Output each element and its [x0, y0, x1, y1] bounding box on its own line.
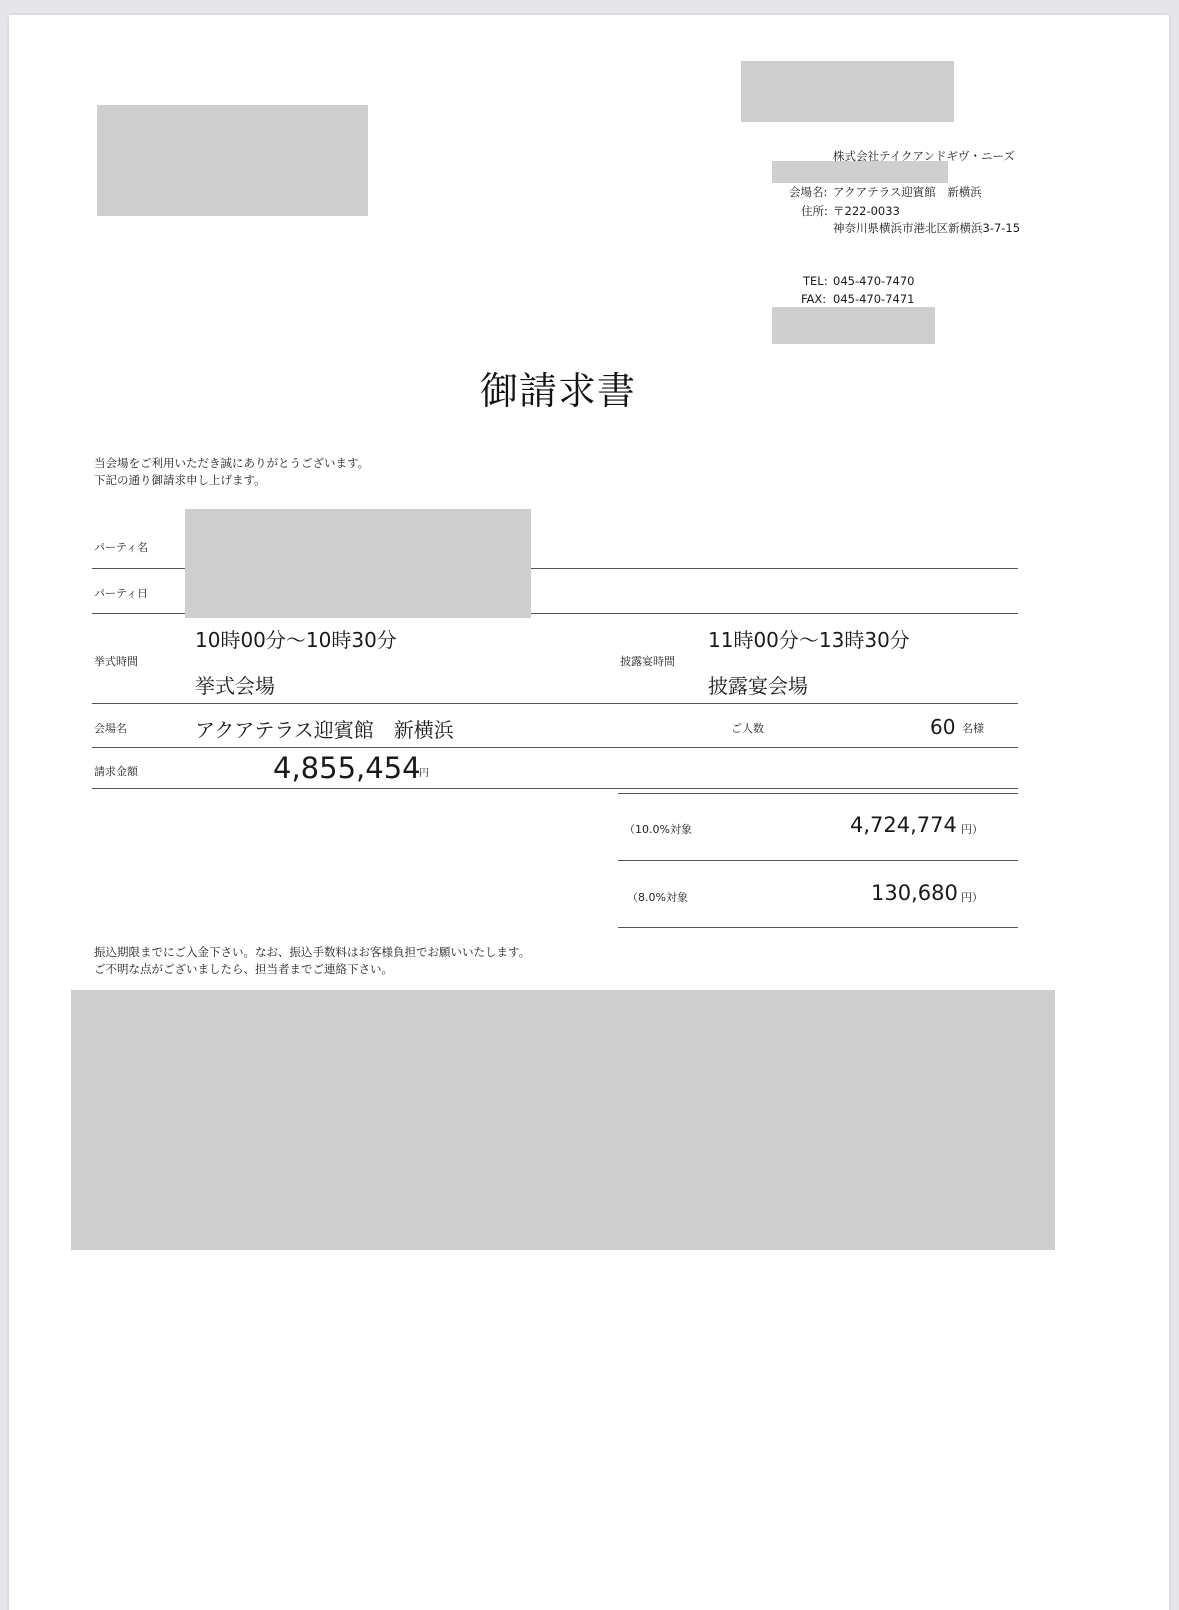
redacted-company-line [772, 161, 948, 183]
guests-unit: 名様 [962, 720, 984, 736]
ceremony-venue: 挙式会場 [195, 670, 275, 699]
redacted-bank-details [71, 990, 1055, 1250]
redacted-party-info [185, 509, 531, 618]
redacted-recipient [97, 105, 368, 216]
rule [92, 703, 1018, 704]
greeting-line-1: 当会場をご利用いただき誠にありがとうございます。 [94, 455, 369, 471]
amount-label: 請求金額 [94, 763, 138, 779]
issuer-fax-label: FAX: [801, 292, 826, 306]
issuer-fax: 045-470-7471 [833, 292, 914, 306]
issuer-tel: 045-470-7470 [833, 274, 914, 288]
tax-8-amount: 130,680 [871, 881, 958, 905]
issuer-venue: アクアテラス迎賓館 新横浜 [833, 184, 982, 200]
greeting-line-2: 下記の通り御請求申し上げます。 [94, 472, 266, 488]
note-line-2: ご不明な点がございましたら、担当者までご連絡下さい。 [94, 961, 393, 977]
reception-time: 11時00分～13時30分 [708, 624, 910, 653]
reception-venue: 披露宴会場 [708, 670, 808, 699]
redacted-stamp [772, 307, 935, 344]
ceremony-time: 10時00分～10時30分 [195, 624, 397, 653]
party-date-label: パーティ日 [94, 585, 148, 601]
reception-time-label: 披露宴時間 [620, 653, 675, 669]
issuer-tel-label: TEL: [803, 274, 828, 288]
venue-name: アクアテラス迎賓館 新横浜 [195, 714, 454, 743]
rule [618, 927, 1018, 928]
issuer-address-label: 住所: [801, 203, 828, 219]
tax-10-amount: 4,724,774 [850, 813, 957, 837]
tax-10-label: （10.0%対象 [624, 821, 692, 837]
issuer-address: 神奈川県横浜市港北区新横浜3-7-15 [833, 220, 1020, 236]
invoice-page: 株式会社テイクアンドギヴ・ニーズ 会場名: アクアテラス迎賓館 新横浜 住所: … [9, 15, 1169, 1610]
guests-label: ご人数 [731, 720, 764, 736]
amount-unit: 円 [419, 764, 429, 779]
tax-8-label: （8.0%対象 [627, 889, 688, 905]
document-title: 御請求書 [480, 360, 636, 415]
tax-10-unit: 円） [961, 821, 983, 837]
party-name-label: パーティ名 [94, 539, 148, 555]
tax-8-unit: 円） [961, 889, 983, 905]
rule [618, 860, 1018, 861]
issuer-company: 株式会社テイクアンドギヴ・ニーズ [833, 148, 1015, 164]
redacted-logo [741, 61, 954, 122]
rule [92, 747, 1018, 748]
rule [618, 793, 1018, 794]
venue-label: 会場名 [94, 720, 127, 736]
issuer-postal: 〒222-0033 [833, 203, 900, 219]
guests-count: 60 [930, 715, 955, 739]
rule [92, 788, 1018, 789]
ceremony-time-label: 挙式時間 [94, 653, 138, 669]
issuer-venue-label: 会場名: [789, 184, 827, 200]
amount-value: 4,855,454 [273, 751, 421, 785]
note-line-1: 振込期限までにご入金下さい。なお、振込手数料はお客様負担でお願いいたします。 [94, 944, 530, 960]
